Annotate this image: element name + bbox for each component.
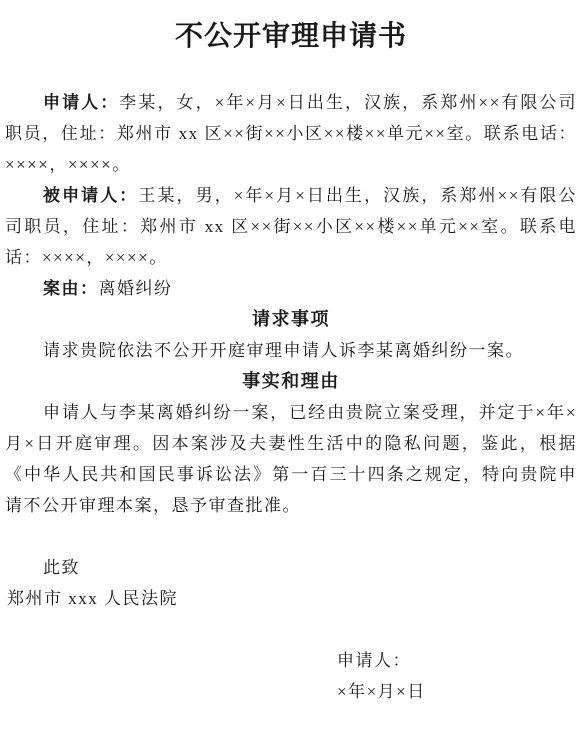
request-paragraph: 请求贵院依法不公开开庭审理申请人诉李某离婚纠纷一案。 bbox=[5, 335, 577, 366]
facts-section-heading: 事实和理由 bbox=[5, 366, 577, 397]
signature-date: ×年×月×日 bbox=[337, 676, 577, 707]
respondent-paragraph: 被申请人：王某，男，×年×月×日出生，汉族，系郑州××有限公司职员，住址：郑州市… bbox=[5, 180, 577, 273]
document-title: 不公开审理申请书 bbox=[5, 20, 577, 54]
case-cause-label: 案由： bbox=[43, 279, 99, 298]
document-page: 不公开审理申请书 申请人：李某，女，×年×月×日出生，汉族，系郑州××有限公司职… bbox=[0, 0, 582, 731]
case-cause-paragraph: 案由：离婚纠纷 bbox=[5, 273, 577, 304]
applicant-label: 申请人： bbox=[43, 93, 119, 112]
signature-block: 申请人： ×年×月×日 bbox=[337, 645, 577, 707]
court-name: 郑州市 xxx 人民法院 bbox=[5, 583, 577, 614]
applicant-paragraph: 申请人：李某，女，×年×月×日出生，汉族，系郑州××有限公司职员，住址：郑州市 … bbox=[5, 87, 577, 180]
facts-paragraph: 申请人与李某离婚纠纷一案，已经由贵院立案受理，并定于×年×月×日开庭审理。因本案… bbox=[5, 397, 577, 521]
document-body: 申请人：李某，女，×年×月×日出生，汉族，系郑州××有限公司职员，住址：郑州市 … bbox=[5, 87, 577, 707]
respondent-label: 被申请人： bbox=[43, 186, 138, 205]
request-section-heading: 请求事项 bbox=[5, 304, 577, 335]
salutation: 此致 bbox=[5, 552, 577, 583]
signature-label: 申请人： bbox=[337, 645, 577, 676]
case-cause-value: 离婚纠纷 bbox=[99, 279, 173, 298]
